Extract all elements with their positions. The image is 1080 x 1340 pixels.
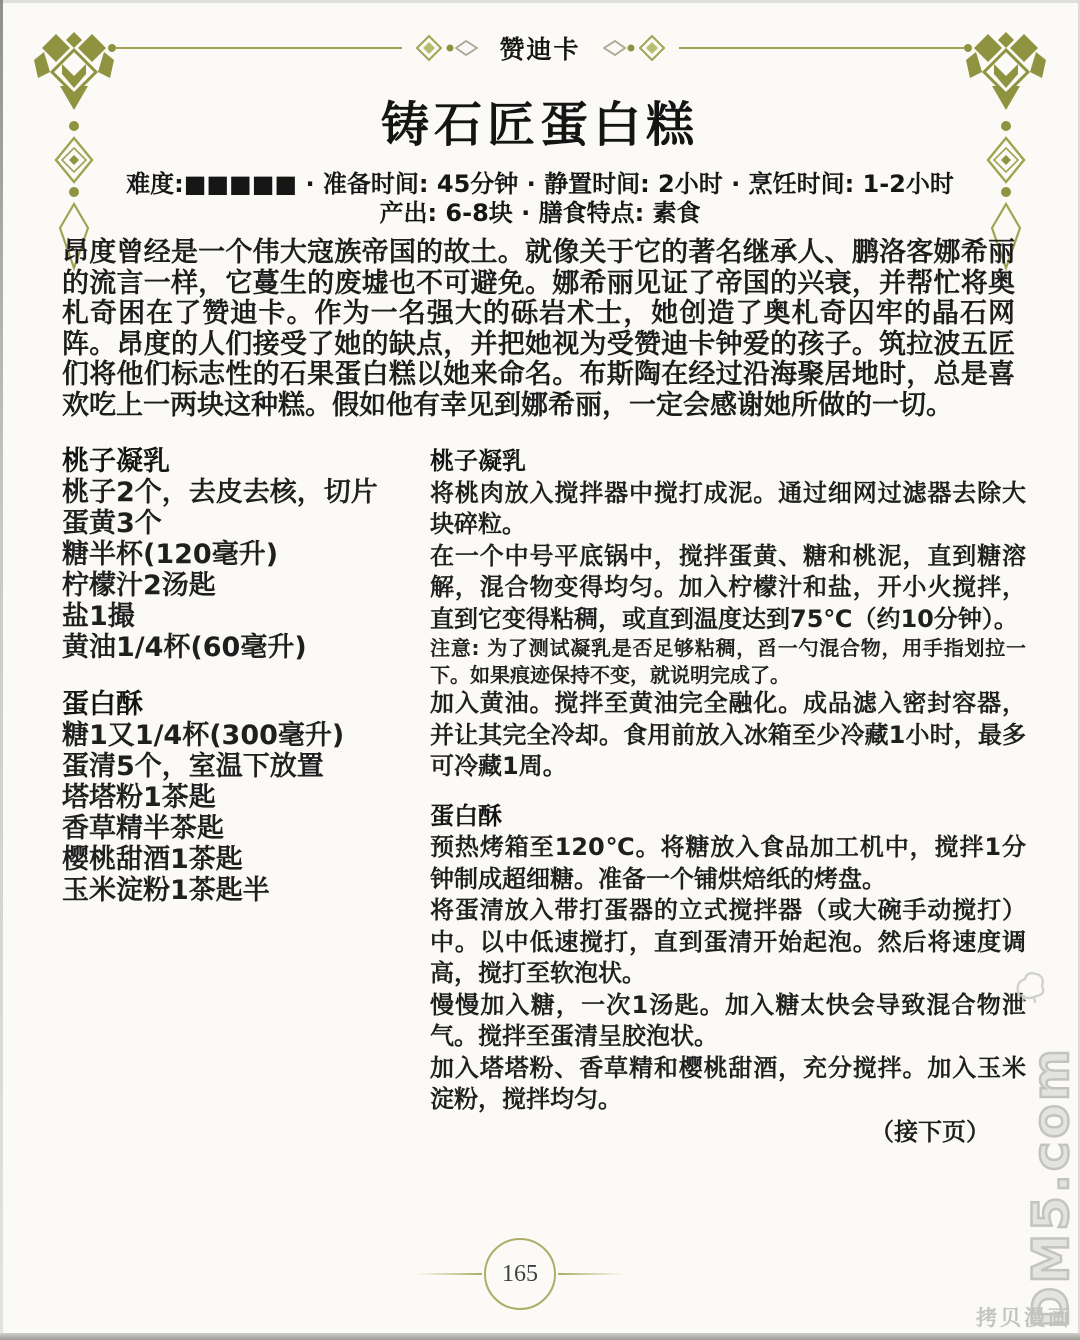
scan-edge-top bbox=[0, 0, 1080, 3]
instructions-column: 桃子凝乳将桃肉放入搅拌器中搅打成泥。通过细网过滤器去除大块碎粒。在一个中号平底锅… bbox=[430, 446, 1026, 1116]
diamond-divider-icon bbox=[603, 34, 677, 62]
dm5-mascot-icon bbox=[1010, 966, 1050, 1006]
scan-edge-bottom bbox=[0, 1333, 1080, 1340]
ingredient-section: 桃子凝乳桃子2个，去皮去核，切片蛋黄3个糖半杯(120毫升)柠檬汁2汤匙盐1撮黄… bbox=[62, 446, 414, 663]
instruction-paragraph: 加入塔塔粉、香草精和樱桃甜酒，充分搅拌。加入玉米淀粉，搅拌均匀。 bbox=[430, 1053, 1026, 1116]
instruction-note: 注意: 为了测试凝乳是否足够粘稠，舀一勺混合物，用手指划拉一下。如果痕迹保持不变… bbox=[430, 635, 1026, 688]
instruction-paragraph: 在一个中号平底锅中，搅拌蛋黄、糖和桃泥，直到糖溶解，混合物变得均匀。加入柠檬汁和… bbox=[430, 541, 1026, 636]
ingredient-item: 塔塔粉1茶匙 bbox=[62, 782, 414, 813]
instruction-paragraph: 加入黄油。搅拌至黄油完全融化。成品滤入密封容器，并让其完全冷却。食用前放入冰箱至… bbox=[430, 688, 1026, 783]
meta-line-2: 产出: 6-8块 · 膳食特点: 素食 bbox=[0, 199, 1080, 228]
header-band: 赞迪卡 bbox=[108, 30, 972, 66]
dm5-watermark-logo: DM5.com bbox=[1022, 1046, 1080, 1328]
header-rule bbox=[116, 47, 402, 49]
rule-dot-icon bbox=[108, 44, 116, 52]
ingredient-item: 玉米淀粉1茶匙半 bbox=[62, 875, 414, 906]
region-title: 赞迪卡 bbox=[500, 30, 581, 66]
instruction-section-title: 蛋白酥 bbox=[430, 801, 1026, 833]
instruction-section-title: 桃子凝乳 bbox=[430, 446, 1026, 478]
ingredient-section-title: 桃子凝乳 bbox=[62, 446, 414, 477]
diamond-divider-icon bbox=[404, 34, 478, 62]
instruction-paragraph: 将蛋清放入带打蛋器的立式搅拌器（或大碗手动搅打）中。以中低速搅打，直到蛋清开始起… bbox=[430, 895, 1026, 990]
page-number-badge: 165 bbox=[484, 1238, 556, 1310]
instruction-paragraph: 预热烤箱至120℃。将糖放入食品加工机中，搅拌1分钟制成超细糖。准备一个铺烘焙纸… bbox=[430, 832, 1026, 895]
ingredient-item: 黄油1/4杯(60毫升) bbox=[62, 632, 414, 663]
ingredient-item: 香草精半茶匙 bbox=[62, 813, 414, 844]
ingredient-item: 蛋清5个，室温下放置 bbox=[62, 751, 414, 782]
ingredient-item: 蛋黄3个 bbox=[62, 508, 414, 539]
rule-dot-icon bbox=[964, 44, 972, 52]
instruction-section: 蛋白酥预热烤箱至120℃。将糖放入食品加工机中，搅拌1分钟制成超细糖。准备一个铺… bbox=[430, 801, 1026, 1116]
ingredient-section: 蛋白酥糖1又1/4杯(300毫升)蛋清5个，室温下放置塔塔粉1茶匙香草精半茶匙樱… bbox=[62, 689, 414, 906]
ingredients-column: 桃子凝乳桃子2个，去皮去核，切片蛋黄3个糖半杯(120毫升)柠檬汁2汤匙盐1撮黄… bbox=[62, 446, 414, 906]
intro-paragraph: 昂度曾经是一个伟大寇族帝国的故土。就像关于它的著名继承人、鹏洛客娜希丽的流言一样… bbox=[62, 238, 1015, 422]
instruction-section: 桃子凝乳将桃肉放入搅拌器中搅打成泥。通过细网过滤器去除大块碎粒。在一个中号平底锅… bbox=[430, 446, 1026, 783]
ingredient-item: 盐1撮 bbox=[62, 601, 414, 632]
ingredient-item: 柠檬汁2汤匙 bbox=[62, 570, 414, 601]
recipe-title: 铸石匠蛋白糕 bbox=[0, 86, 1080, 155]
ingredient-item: 糖1又1/4杯(300毫升) bbox=[62, 720, 414, 751]
header-rule bbox=[679, 47, 965, 49]
ingredient-item: 桃子2个，去皮去核，切片 bbox=[62, 477, 414, 508]
ingredient-item: 樱桃甜酒1茶匙 bbox=[62, 844, 414, 875]
instruction-paragraph: 慢慢加入糖，一次1汤匙。加入糖太快会导致混合物泄气。搅拌至蛋清呈胶泡状。 bbox=[430, 990, 1026, 1053]
continued-marker: （接下页） bbox=[430, 1112, 990, 1147]
watermark-caption: 拷贝漫画 bbox=[976, 1302, 1072, 1332]
page-number: 165 bbox=[502, 1261, 538, 1288]
instruction-paragraph: 将桃肉放入搅拌器中搅打成泥。通过细网过滤器去除大块碎粒。 bbox=[430, 478, 1026, 541]
page-badge-rule bbox=[558, 1273, 624, 1275]
cookbook-page: 赞迪卡 铸石匠蛋白糕 难度:■■■■■ · 准备时间: 45分钟 · 静置时间:… bbox=[0, 0, 1080, 1340]
ingredient-section-title: 蛋白酥 bbox=[62, 689, 414, 720]
recipe-meta: 难度:■■■■■ · 准备时间: 45分钟 · 静置时间: 2小时 · 烹饪时间… bbox=[0, 170, 1080, 228]
page-badge-rule bbox=[416, 1273, 482, 1275]
ingredient-item: 糖半杯(120毫升) bbox=[62, 539, 414, 570]
meta-line-1: 难度:■■■■■ · 准备时间: 45分钟 · 静置时间: 2小时 · 烹饪时间… bbox=[0, 170, 1080, 199]
